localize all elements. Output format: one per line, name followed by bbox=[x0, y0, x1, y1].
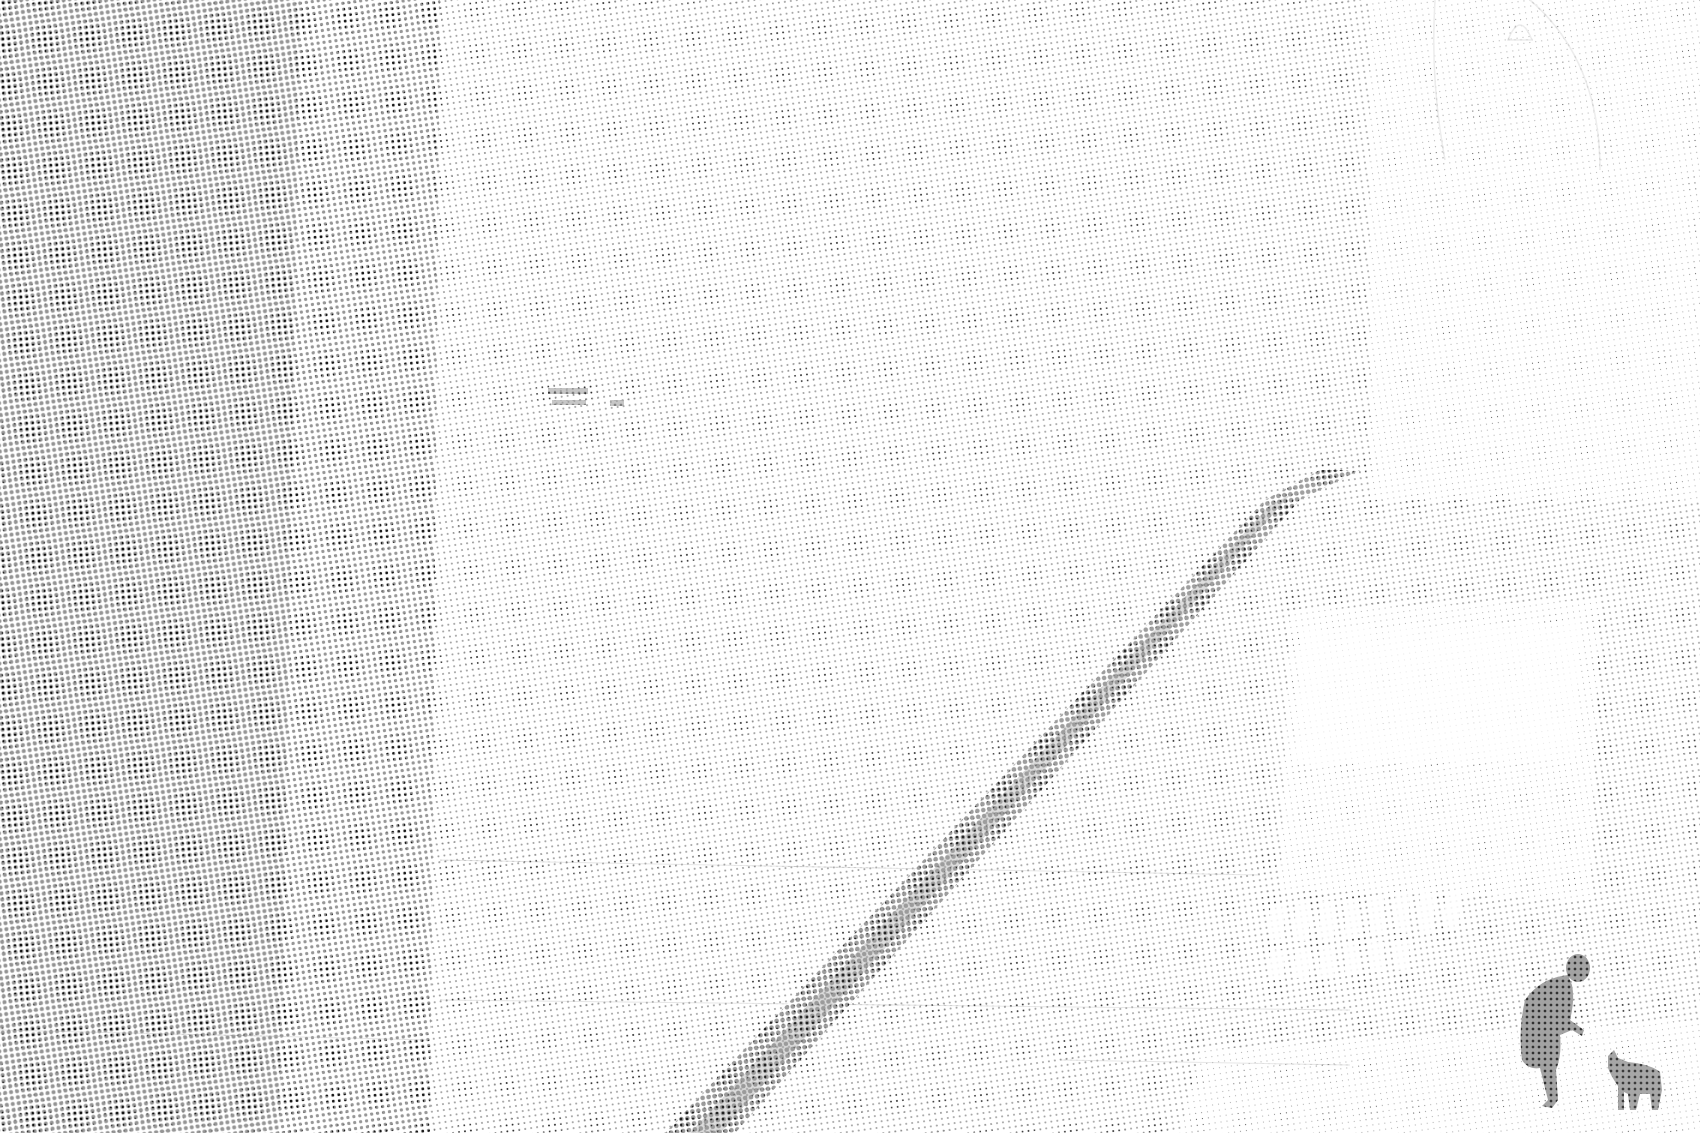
halftone-photo: Halftone black-and-white photograph of a… bbox=[0, 0, 1700, 1133]
light-falloff bbox=[0, 0, 1700, 1133]
photo-canvas bbox=[0, 0, 1700, 1133]
